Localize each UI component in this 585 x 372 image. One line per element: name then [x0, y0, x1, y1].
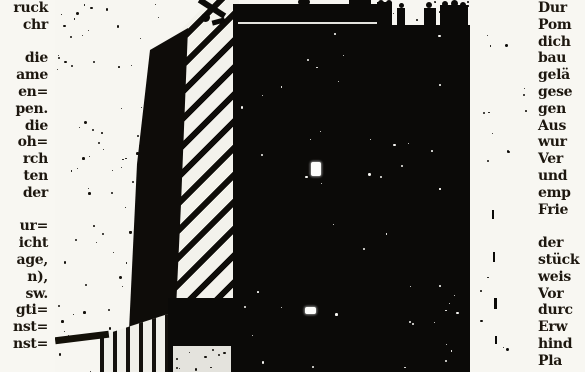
sky-speck — [507, 150, 509, 153]
roof-parapet-bump — [349, 0, 371, 7]
text-line-fragment: ten — [0, 168, 48, 185]
speckle-dot — [74, 18, 76, 20]
figure-head — [378, 0, 384, 6]
figure-head — [460, 2, 466, 8]
text-line-fragment: gese — [538, 84, 585, 101]
speckle-dot — [335, 313, 338, 316]
speckle-dot — [204, 356, 206, 358]
speckle-dot — [79, 127, 80, 128]
text-line-fragment: pen. — [0, 101, 48, 118]
speckle-dot — [98, 142, 100, 144]
speckle-dot — [88, 30, 89, 31]
speckle-dot — [84, 121, 87, 124]
text-line-fragment: durc — [538, 302, 585, 319]
speckle-dot — [117, 25, 119, 27]
text-line-fragment: ame — [0, 67, 48, 84]
text-line-fragment: nst= — [0, 336, 48, 353]
speckle-dot — [77, 168, 78, 169]
speckle-dot — [409, 321, 411, 323]
speckle-dot — [85, 284, 87, 286]
speckle-dot — [158, 17, 159, 18]
figure-head — [386, 0, 392, 6]
text-line-fragment: Aus — [538, 118, 585, 135]
text-line-fragment: die — [0, 118, 48, 135]
speckle-dot — [262, 361, 265, 364]
text-line-fragment: chr — [0, 17, 48, 34]
speckle-dot — [90, 7, 93, 10]
speckle-dot — [88, 192, 91, 195]
text-line-fragment: der — [538, 235, 585, 252]
speckle-dot — [363, 248, 365, 250]
speckle-dot — [129, 231, 132, 234]
text-line-fragment: die — [0, 50, 48, 67]
speckle-dot — [58, 57, 60, 59]
speckle-dot — [132, 181, 135, 184]
speckle-dot — [125, 158, 126, 159]
speckle-dot — [137, 135, 139, 137]
text-line-fragment: bau — [538, 50, 585, 67]
speckle-dot — [126, 262, 128, 264]
text-line-fragment: icht — [0, 235, 48, 252]
text-line-fragment: hind — [538, 336, 585, 353]
speckle-dot — [96, 242, 97, 243]
speckle-dot — [368, 173, 370, 175]
figure-head — [451, 0, 458, 7]
speckle-dot — [64, 61, 66, 63]
speckle-dot — [488, 112, 489, 113]
speckle-dot — [125, 207, 126, 208]
speckle-dot — [435, 2, 436, 3]
text-line-fragment: wur — [538, 134, 585, 151]
speckle-dot — [119, 276, 122, 279]
left-text-column: ruckchr dieameen=pen.dieoh=rchtender ur=… — [0, 0, 48, 353]
speckle-dot — [483, 112, 485, 114]
lit-window-small — [305, 307, 316, 314]
text-line-fragment: Ver — [538, 151, 585, 168]
speckle-dot — [122, 159, 124, 161]
text-line-fragment: dich — [538, 34, 585, 51]
speckle-dot — [58, 305, 60, 307]
speckle-dot — [140, 38, 141, 39]
speckle-dot — [438, 35, 440, 37]
crane-hook-blob — [201, 13, 210, 22]
speckle-dot — [244, 306, 246, 308]
speckle-dot — [59, 353, 62, 356]
text-line-fragment: und — [538, 168, 585, 185]
speckle-dot — [525, 110, 527, 112]
speckle-dot — [71, 65, 73, 67]
speckle-dot — [503, 347, 504, 348]
sky-speck — [506, 348, 509, 351]
speckle-dot — [480, 290, 482, 292]
speckle-dot — [93, 61, 95, 63]
sky-mark — [492, 210, 494, 219]
speckle-dot — [241, 106, 243, 108]
speckle-dot — [179, 368, 180, 369]
speckle-dot — [75, 239, 77, 241]
speckle-dot — [412, 323, 414, 325]
speckle-dot — [210, 367, 211, 368]
text-line-fragment: oh= — [0, 134, 48, 151]
speckle-dot — [101, 132, 103, 134]
speckle-dot — [456, 312, 459, 315]
text-line-fragment: Pla — [538, 353, 585, 370]
speckle-dot — [92, 129, 94, 131]
speckle-dot — [61, 14, 62, 15]
text-line-fragment: der — [0, 185, 48, 202]
text-line-fragment: en= — [0, 84, 48, 101]
halftone-photo — [55, 0, 530, 372]
speckle-dot — [439, 285, 441, 287]
speckle-dot — [106, 8, 108, 10]
text-line-fragment — [0, 202, 48, 219]
text-line-fragment: age, — [0, 252, 48, 269]
speckle-dot — [487, 160, 489, 162]
sky-speck — [505, 44, 508, 47]
speckle-dot — [492, 133, 493, 134]
speckle-dot — [195, 368, 197, 370]
speckle-dot — [416, 19, 418, 21]
speckle-dot — [83, 311, 86, 314]
speckle-dot — [393, 13, 394, 14]
text-line-fragment: Dur — [538, 0, 585, 17]
speckle-dot — [84, 4, 86, 6]
speckle-dot — [393, 144, 396, 147]
speckle-dot — [73, 314, 74, 315]
text-line-fragment: Frie — [538, 202, 585, 219]
speckle-dot — [64, 331, 65, 332]
speckle-dot — [112, 170, 113, 171]
speckle-dot — [113, 252, 114, 253]
speckle-dot — [57, 69, 58, 70]
figure-head — [442, 1, 448, 7]
speckle-dot — [408, 143, 409, 144]
speckle-dot — [76, 12, 79, 15]
speckle-dot — [82, 35, 83, 36]
speckle-dot — [487, 35, 488, 36]
speckle-dot — [64, 261, 67, 264]
speckle-dot — [121, 108, 123, 110]
speckle-dot — [334, 33, 336, 35]
speckle-dot — [122, 286, 123, 287]
speckle-dot — [141, 107, 142, 108]
speckle-dot — [109, 327, 112, 330]
right-text-column: DurPomdichbaugelägesegenAuswurVerundempF… — [538, 0, 585, 370]
text-line-fragment: stück — [538, 252, 585, 269]
speckle-dot — [88, 188, 89, 189]
speckle-dot — [480, 320, 482, 322]
figure-group-silhouette — [440, 5, 468, 25]
speckle-dot — [108, 309, 111, 312]
speckle-dot — [487, 277, 488, 278]
text-line-fragment: Vor — [538, 286, 585, 303]
speckle-dot — [380, 176, 382, 178]
street-level-light-patch — [173, 346, 231, 372]
speckle-dot — [261, 154, 263, 156]
speckle-dot — [439, 188, 440, 189]
speckle-dot — [257, 291, 259, 293]
text-line-fragment: emp — [538, 185, 585, 202]
speckle-dot — [439, 84, 441, 86]
sky-mark — [494, 298, 497, 309]
speckle-dot — [467, 1, 469, 3]
speckle-dot — [93, 225, 95, 227]
text-line-fragment: ruck — [0, 0, 48, 17]
speckle-dot — [262, 95, 263, 96]
text-line-fragment: nst= — [0, 319, 48, 336]
speckle-dot — [70, 36, 72, 38]
text-line-fragment: rch — [0, 151, 48, 168]
speckle-dot — [490, 45, 491, 46]
text-line-fragment — [538, 218, 585, 235]
speckle-dot — [58, 55, 59, 56]
speckle-dot — [61, 320, 64, 323]
speckle-dot — [523, 94, 525, 96]
text-line-fragment: gti= — [0, 302, 48, 319]
text-line-fragment: Pom — [538, 17, 585, 34]
text-line-fragment: gen — [538, 101, 585, 118]
speckle-dot — [63, 25, 66, 28]
speckle-dot — [131, 65, 132, 66]
lit-window — [311, 162, 321, 176]
speckle-dot — [89, 156, 90, 157]
figure-body — [424, 8, 436, 25]
speckle-dot — [121, 167, 122, 168]
speckle-dot — [223, 352, 226, 355]
text-line-fragment: Erw — [538, 319, 585, 336]
text-line-fragment: weis — [538, 269, 585, 286]
speckle-dot — [82, 157, 85, 160]
speckle-dot — [451, 350, 452, 351]
speckle-dot — [102, 233, 104, 235]
building-main-mass — [233, 0, 470, 372]
sky-mark — [493, 252, 495, 262]
speckle-dot — [71, 170, 73, 172]
newspaper-page: { "page": { "kind": "newspaper scan frag… — [0, 0, 585, 372]
figure-body — [397, 8, 405, 25]
speckle-dot — [111, 192, 113, 194]
text-line-fragment: sw. — [0, 286, 48, 303]
sky-mark — [495, 336, 497, 344]
speckle-dot — [155, 4, 156, 5]
speckle-dot — [103, 149, 104, 150]
speckle-dot — [524, 88, 525, 89]
speckle-dot — [386, 233, 387, 234]
text-line-fragment — [0, 34, 48, 51]
text-line-fragment: gelä — [538, 67, 585, 84]
text-line-fragment: n), — [0, 269, 48, 286]
text-line-fragment: ur= — [0, 218, 48, 235]
speckle-dot — [307, 59, 310, 62]
speckle-dot — [212, 349, 214, 351]
speckle-dot — [454, 295, 455, 296]
speckle-dot — [118, 66, 120, 68]
